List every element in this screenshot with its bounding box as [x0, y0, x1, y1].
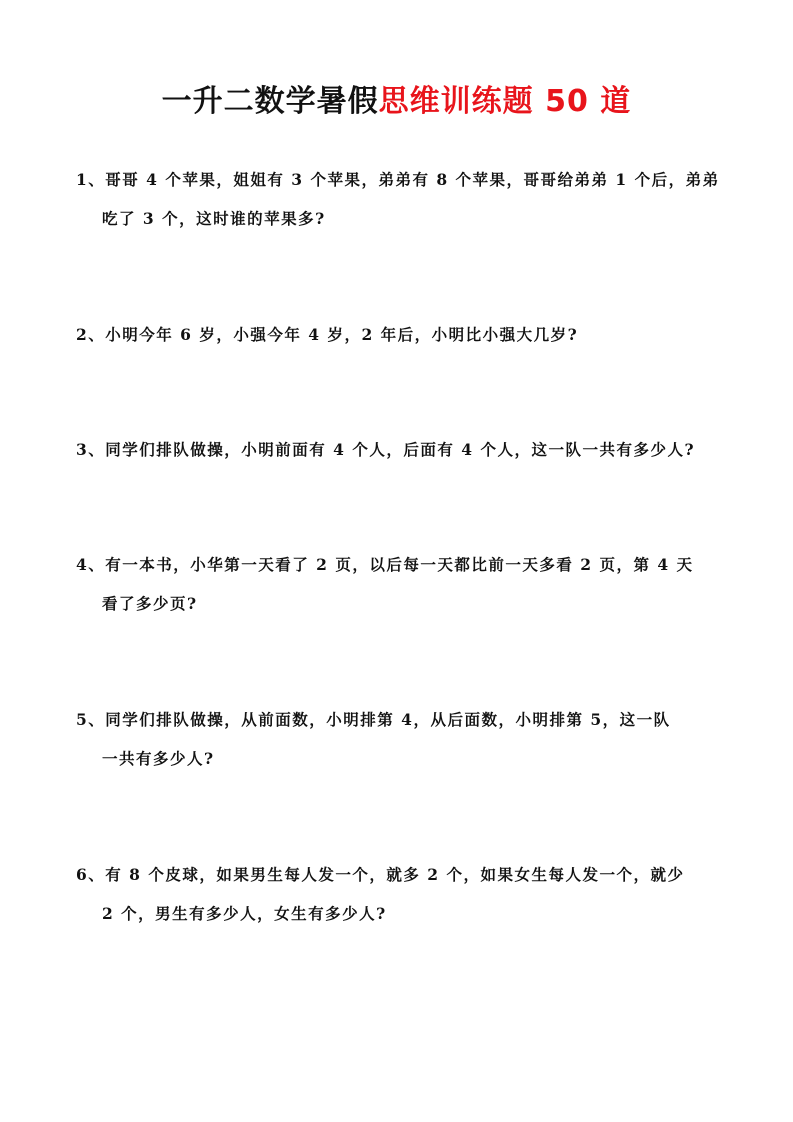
- question-line: 1、哥哥 4 个苹果，姐姐有 3 个苹果，弟弟有 8 个苹果，哥哥给弟弟 1 个…: [76, 160, 726, 199]
- question-2: 2、小明今年 6 岁，小强今年 4 岁，2 年后，小明比小强大几岁?: [76, 315, 726, 354]
- question-line: 6、有 8 个皮球，如果男生每人发一个，就多 2 个，如果女生每人发一个，就少: [76, 855, 726, 894]
- question-line: 2、小明今年 6 岁，小强今年 4 岁，2 年后，小明比小强大几岁?: [76, 315, 726, 354]
- question-6: 6、有 8 个皮球，如果男生每人发一个，就多 2 个，如果女生每人发一个，就少 …: [76, 855, 726, 933]
- question-line: 3、同学们排队做操，小明前面有 4 个人，后面有 4 个人，这一队一共有多少人?: [76, 430, 726, 469]
- question-5: 5、同学们排队做操，从前面数，小明排第 4，从后面数，小明排第 5，这一队 一共…: [76, 700, 726, 778]
- question-4: 4、有一本书，小华第一天看了 2 页，以后每一天都比前一天多看 2 页，第 4 …: [76, 545, 726, 623]
- question-line: 5、同学们排队做操，从前面数，小明排第 4，从后面数，小明排第 5，这一队: [76, 700, 726, 739]
- question-line: 4、有一本书，小华第一天看了 2 页，以后每一天都比前一天多看 2 页，第 4 …: [76, 545, 726, 584]
- question-line: 一共有多少人?: [76, 739, 726, 778]
- question-line: 2 个，男生有多少人，女生有多少人?: [76, 894, 726, 933]
- question-3: 3、同学们排队做操，小明前面有 4 个人，后面有 4 个人，这一队一共有多少人?: [76, 430, 726, 469]
- question-line: 看了多少页?: [76, 584, 726, 623]
- page-title: 一升二数学暑假思维训练题 50 道: [0, 82, 793, 122]
- title-black-part: 一升二数学暑假: [162, 84, 379, 119]
- title-red-part: 思维训练题 50 道: [379, 84, 632, 119]
- question-1: 1、哥哥 4 个苹果，姐姐有 3 个苹果，弟弟有 8 个苹果，哥哥给弟弟 1 个…: [76, 160, 726, 238]
- question-line: 吃了 3 个，这时谁的苹果多?: [76, 199, 726, 238]
